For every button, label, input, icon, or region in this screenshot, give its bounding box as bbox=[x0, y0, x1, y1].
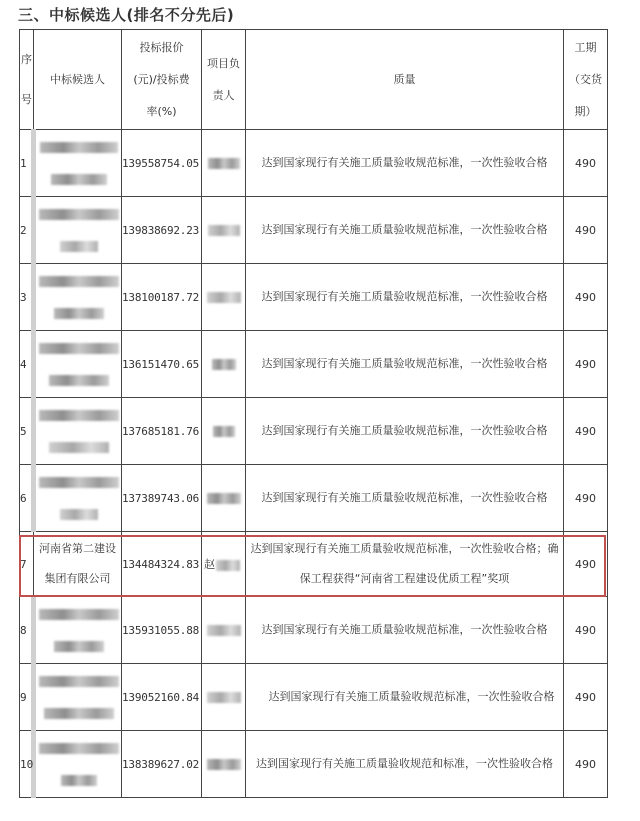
row-price: 137389743.06 bbox=[122, 465, 202, 532]
row-period: 490 bbox=[564, 731, 608, 798]
row-manager: 赵 bbox=[202, 532, 246, 597]
table-row: 3 138100187.72 达到国家现行有关施工质量验收规范标准，一次性验收合… bbox=[20, 264, 608, 331]
row-candidate-redacted bbox=[34, 465, 122, 532]
row-price: 138100187.72 bbox=[122, 264, 202, 331]
row-price: 139052160.84 bbox=[122, 664, 202, 731]
header-candidate: 中标候选人 bbox=[34, 30, 122, 130]
row-seq: 2 bbox=[20, 197, 34, 264]
row-period: 490 bbox=[564, 597, 608, 664]
table-row: 5 137685181.76 达到国家现行有关施工质量验收规范标准，一次性验收合… bbox=[20, 398, 608, 465]
row-seq: 8 bbox=[20, 597, 34, 664]
row-manager-redacted bbox=[202, 664, 246, 731]
row-manager-redacted bbox=[202, 197, 246, 264]
table-row: 4 136151470.65 达到国家现行有关施工质量验收规范标准，一次性验收合… bbox=[20, 331, 608, 398]
row-manager-redacted bbox=[202, 597, 246, 664]
row-quality: 达到国家现行有关施工质量验收规范标准，一次性验收合格 bbox=[246, 398, 564, 465]
row-candidate-redacted bbox=[34, 331, 122, 398]
row-manager-redacted bbox=[202, 331, 246, 398]
row-price: 136151470.65 bbox=[122, 331, 202, 398]
row-manager-redacted bbox=[202, 130, 246, 197]
row-period: 490 bbox=[564, 331, 608, 398]
row-quality: 达到国家现行有关施工质量验收规范标准，一次性验收合格 bbox=[246, 130, 564, 197]
row-price: 139838692.23 bbox=[122, 197, 202, 264]
row-manager-redacted bbox=[202, 731, 246, 798]
table-header-row: 序号 中标候选人 投标报价 (元)/投标费 率(%) 项目负 责人 质量 工期 … bbox=[20, 30, 608, 130]
row-quality: 达到国家现行有关施工质量验收规范标准，一次性验收合格；确保工程获得“河南省工程建… bbox=[246, 532, 564, 597]
row-period: 490 bbox=[564, 197, 608, 264]
row-period: 490 bbox=[564, 398, 608, 465]
row-quality: 达到国家现行有关施工质量验收规范标准，一次性验收合格 bbox=[246, 664, 564, 731]
section-title: 三、中标候选人(排名不分先后) bbox=[18, 4, 234, 25]
row-quality: 达到国家现行有关施工质量验收规范标准，一次性验收合格 bbox=[246, 197, 564, 264]
row-quality: 达到国家现行有关施工质量验收规范和标准，一次性验收合格 bbox=[246, 731, 564, 798]
row-seq: 5 bbox=[20, 398, 34, 465]
table-row-winner: 7 河南省第二建设 集团有限公司 134484324.83 赵 达到国家现行有关… bbox=[20, 532, 608, 597]
row-candidate: 河南省第二建设 集团有限公司 bbox=[34, 532, 122, 597]
row-seq: 9 bbox=[20, 664, 34, 731]
row-manager-redacted bbox=[202, 398, 246, 465]
header-period: 工期 （交货 期） bbox=[564, 30, 608, 130]
row-quality: 达到国家现行有关施工质量验收规范标准，一次性验收合格 bbox=[246, 331, 564, 398]
row-price: 138389627.02 bbox=[122, 731, 202, 798]
row-manager-redacted bbox=[202, 264, 246, 331]
header-price: 投标报价 (元)/投标费 率(%) bbox=[122, 30, 202, 130]
row-period: 490 bbox=[564, 532, 608, 597]
row-price: 139558754.05 bbox=[122, 130, 202, 197]
header-quality: 质量 bbox=[246, 30, 564, 130]
row-candidate-redacted bbox=[34, 597, 122, 664]
row-quality: 达到国家现行有关施工质量验收规范标准，一次性验收合格 bbox=[246, 597, 564, 664]
table-row: 8 135931055.88 达到国家现行有关施工质量验收规范标准，一次性验收合… bbox=[20, 597, 608, 664]
row-manager-redacted bbox=[202, 465, 246, 532]
row-seq: 1 bbox=[20, 130, 34, 197]
row-seq: 7 bbox=[20, 532, 34, 597]
header-manager: 项目负 责人 bbox=[202, 30, 246, 130]
table-row: 6 137389743.06 达到国家现行有关施工质量验收规范标准，一次性验收合… bbox=[20, 465, 608, 532]
row-price: 134484324.83 bbox=[122, 532, 202, 597]
row-price: 135931055.88 bbox=[122, 597, 202, 664]
row-seq: 6 bbox=[20, 465, 34, 532]
row-candidate-redacted bbox=[34, 197, 122, 264]
row-seq: 10 bbox=[20, 731, 34, 798]
row-price: 137685181.76 bbox=[122, 398, 202, 465]
row-period: 490 bbox=[564, 664, 608, 731]
row-quality: 达到国家现行有关施工质量验收规范标准，一次性验收合格 bbox=[246, 465, 564, 532]
row-seq: 3 bbox=[20, 264, 34, 331]
table-row: 10 138389627.02 达到国家现行有关施工质量验收规范和标准，一次性验… bbox=[20, 731, 608, 798]
candidates-table: 序号 中标候选人 投标报价 (元)/投标费 率(%) 项目负 责人 质量 工期 … bbox=[19, 29, 608, 798]
row-candidate-redacted bbox=[34, 664, 122, 731]
row-seq: 4 bbox=[20, 331, 34, 398]
table-row: 1 139558754.05 达到国家现行有关施工质量验收规范标准，一次性验收合… bbox=[20, 130, 608, 197]
row-quality: 达到国家现行有关施工质量验收规范标准，一次性验收合格 bbox=[246, 264, 564, 331]
row-candidate-redacted bbox=[34, 731, 122, 798]
row-period: 490 bbox=[564, 264, 608, 331]
table-row: 2 139838692.23 达到国家现行有关施工质量验收规范标准，一次性验收合… bbox=[20, 197, 608, 264]
table-row: 9 139052160.84 达到国家现行有关施工质量验收规范标准，一次性验收合… bbox=[20, 664, 608, 731]
row-period: 490 bbox=[564, 130, 608, 197]
row-period: 490 bbox=[564, 465, 608, 532]
header-seq: 序号 bbox=[20, 30, 34, 130]
row-candidate-redacted bbox=[34, 264, 122, 331]
row-candidate-redacted bbox=[34, 130, 122, 197]
row-candidate-redacted bbox=[34, 398, 122, 465]
